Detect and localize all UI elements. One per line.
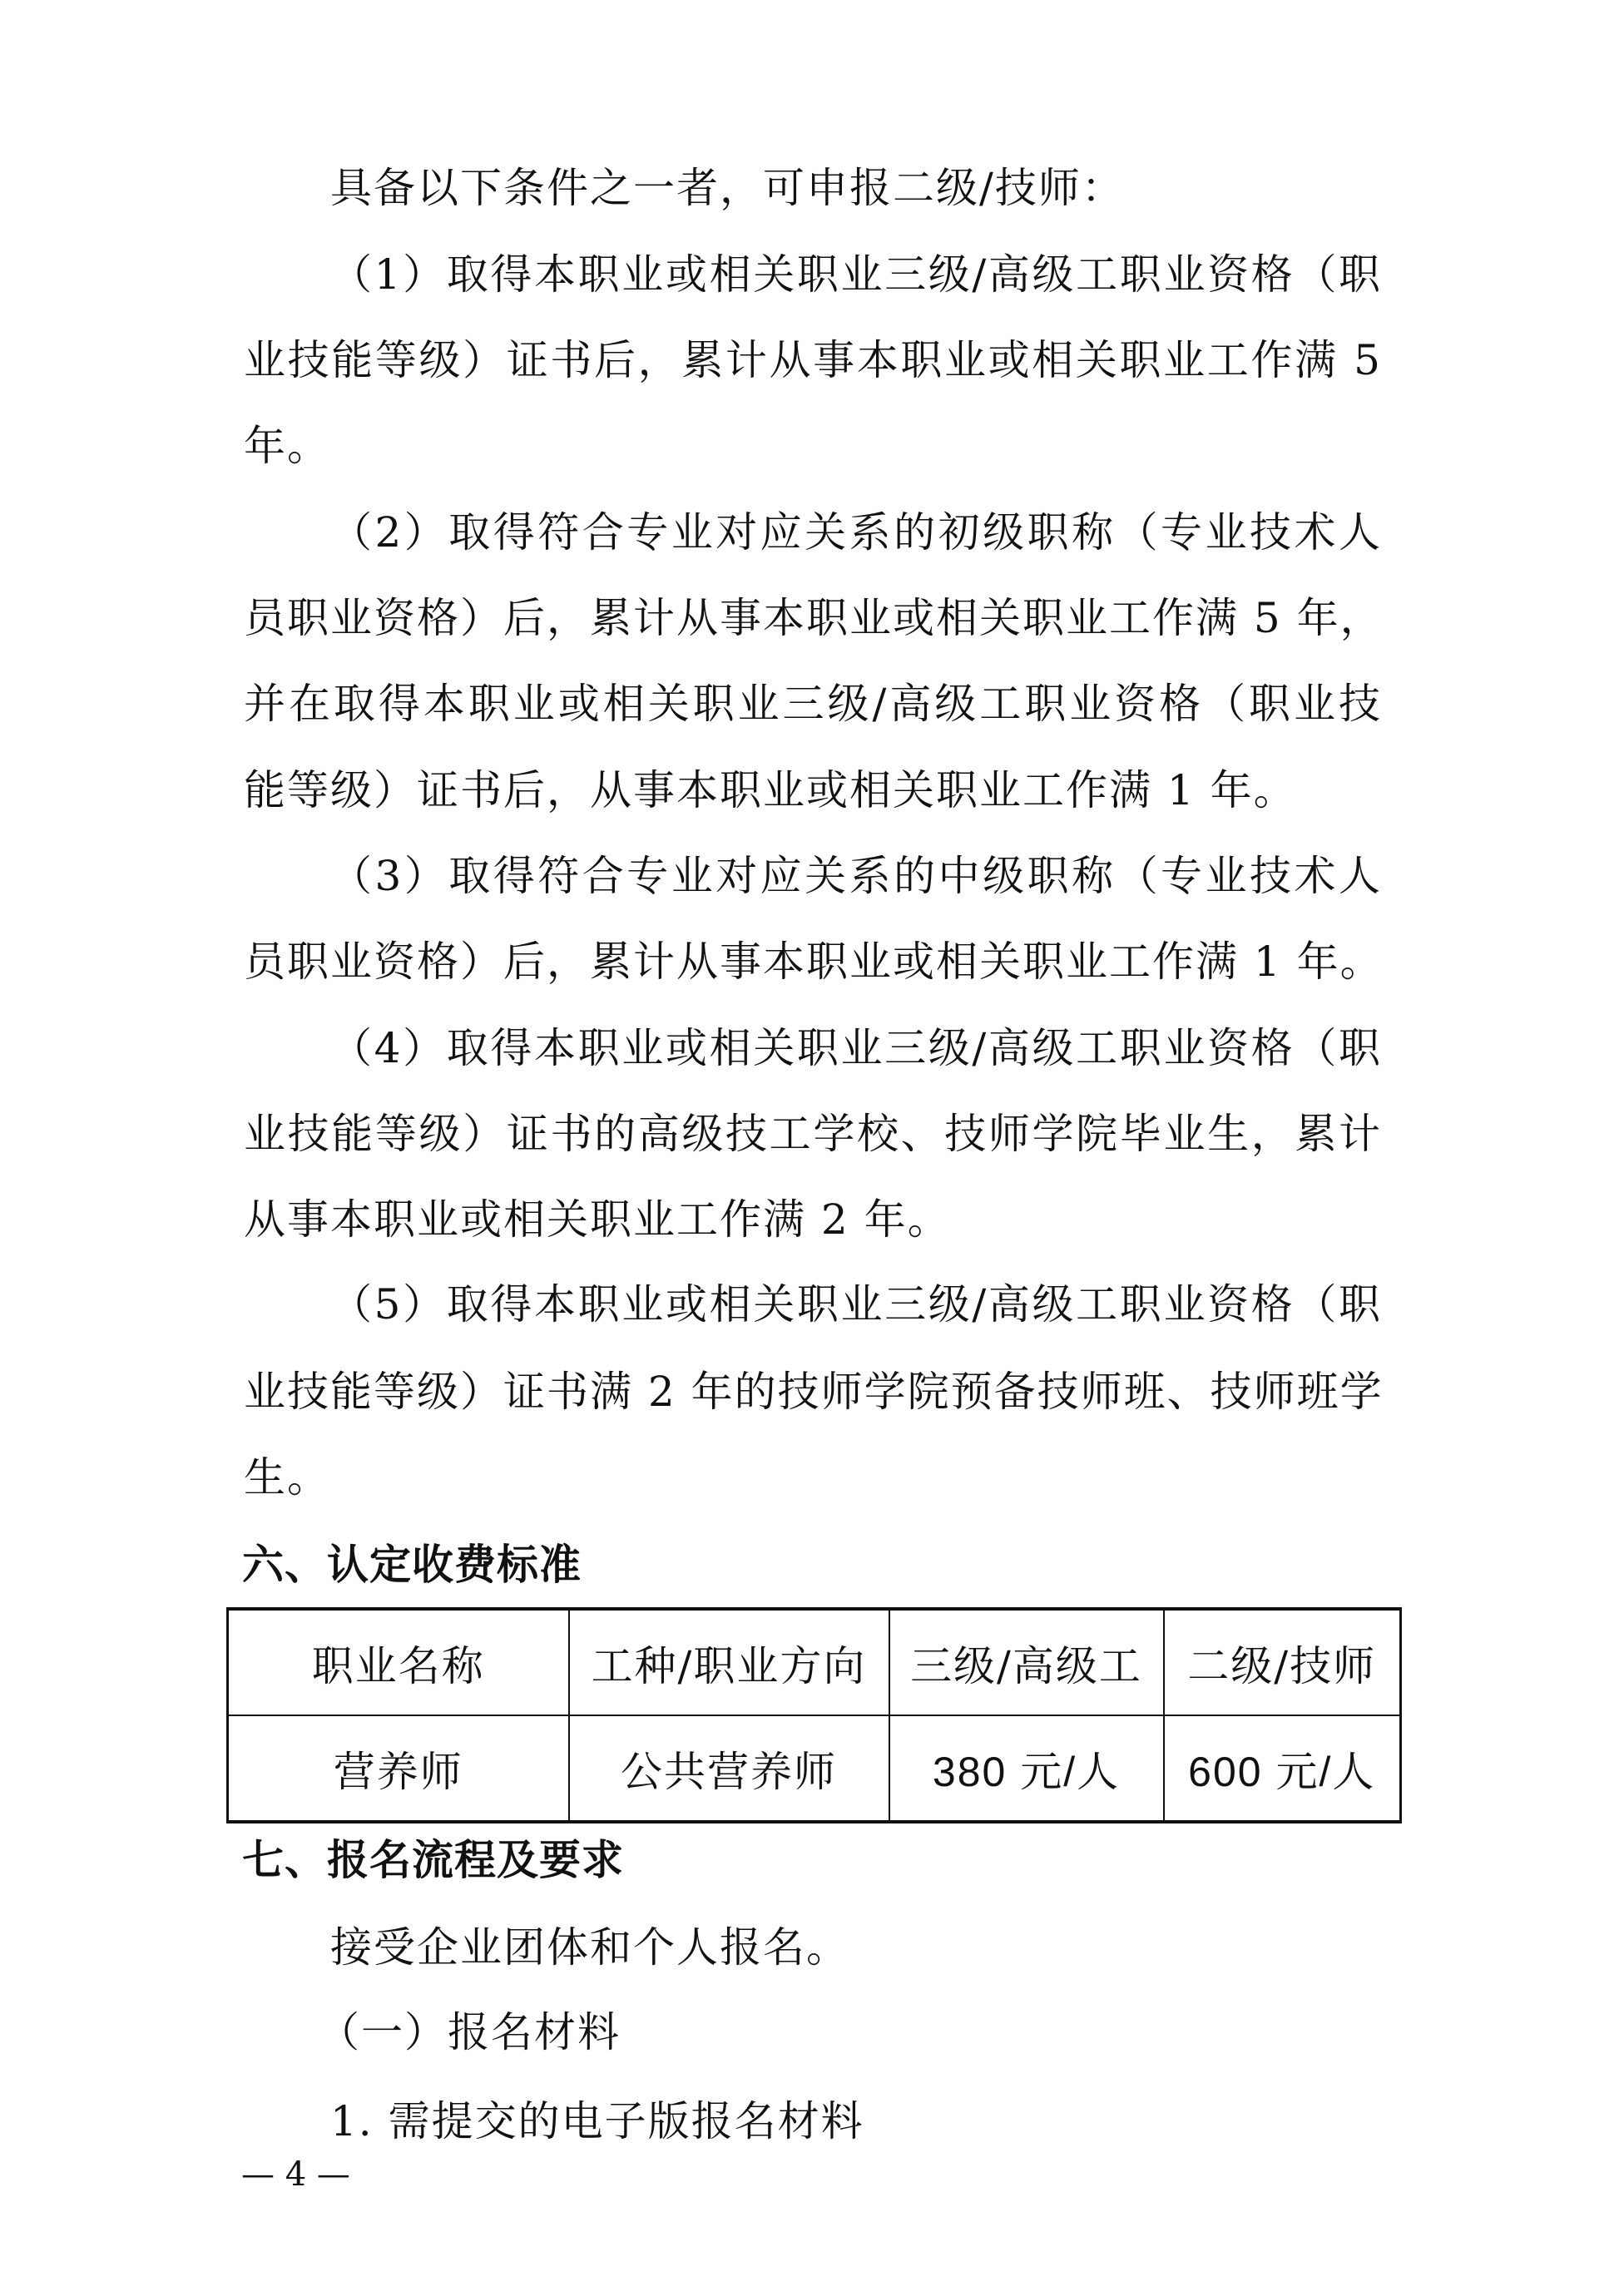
materials-item-1: 1. 需提交的电子版报名材料 [330,2096,1382,2146]
fee-table-header-row: 职业名称 工种/职业方向 三级/高级工 二级/技师 [228,1609,1401,1715]
section-heading-fees: 六、认定收费标准 [242,1540,582,1590]
cell-level-2-fee: 600 元/人 [1164,1715,1401,1822]
subheading-materials: （一）报名材料 [318,2007,1369,2057]
section-heading-registration: 七、报名流程及要求 [242,1835,624,1885]
header-level-2: 二级/技师 [1164,1609,1401,1715]
header-job-direction: 工种/职业方向 [569,1609,889,1715]
registration-intro: 接受企业团体和个人报名。 [330,1922,1382,1972]
condition-2-line-4: 能等级）证书后，从事本职业或相关职业工作满 1 年。 [244,765,1382,815]
page-number: — 4 — [241,2156,350,2193]
condition-4-line-2: 业技能等级）证书的高级技工学校、技师学院毕业生，累计 [244,1109,1382,1159]
condition-5-line-2: 业技能等级）证书满 2 年的技师学院预备技师班、技师班学 [244,1367,1382,1417]
cell-level-3-fee: 380 元/人 [889,1715,1164,1822]
fee-table: 职业名称 工种/职业方向 三级/高级工 二级/技师 营养师 公共营养师 380 … [226,1607,1402,1823]
cell-job-direction: 公共营养师 [569,1715,889,1822]
condition-5-line-3: 生。 [244,1452,1382,1502]
condition-1-line-2: 业技能等级）证书后，累计从事本职业或相关职业工作满 5 [244,335,1382,385]
header-level-3: 三级/高级工 [889,1609,1164,1715]
condition-1-line-1: （1）取得本职业或相关职业三级/高级工职业资格（职 [330,250,1382,299]
condition-3-line-2: 员职业资格）后，累计从事本职业或相关职业工作满 1 年。 [244,937,1382,987]
table-row: 营养师 公共营养师 380 元/人 600 元/人 [228,1715,1401,1822]
cell-occupation-name: 营养师 [228,1715,569,1822]
condition-2-line-2: 员职业资格）后，累计从事本职业或相关职业工作满 5 年， [244,593,1382,643]
condition-4-line-3: 从事本职业或相关职业工作满 2 年。 [244,1195,1382,1244]
condition-2-line-3: 并在取得本职业或相关职业三级/高级工职业资格（职业技 [244,679,1382,729]
condition-3-line-1: （3）取得符合专业对应关系的中级职称（专业技术人 [330,851,1382,901]
condition-4-line-1: （4）取得本职业或相关职业三级/高级工职业资格（职 [330,1023,1382,1073]
conditions-intro: 具备以下条件之一者，可申报二级/技师： [330,163,1382,213]
condition-5-line-1: （5）取得本职业或相关职业三级/高级工职业资格（职 [330,1279,1382,1329]
header-occupation-name: 职业名称 [228,1609,569,1715]
condition-2-line-1: （2）取得符合专业对应关系的初级职称（专业技术人 [330,507,1382,557]
condition-1-line-3: 年。 [244,421,1382,471]
